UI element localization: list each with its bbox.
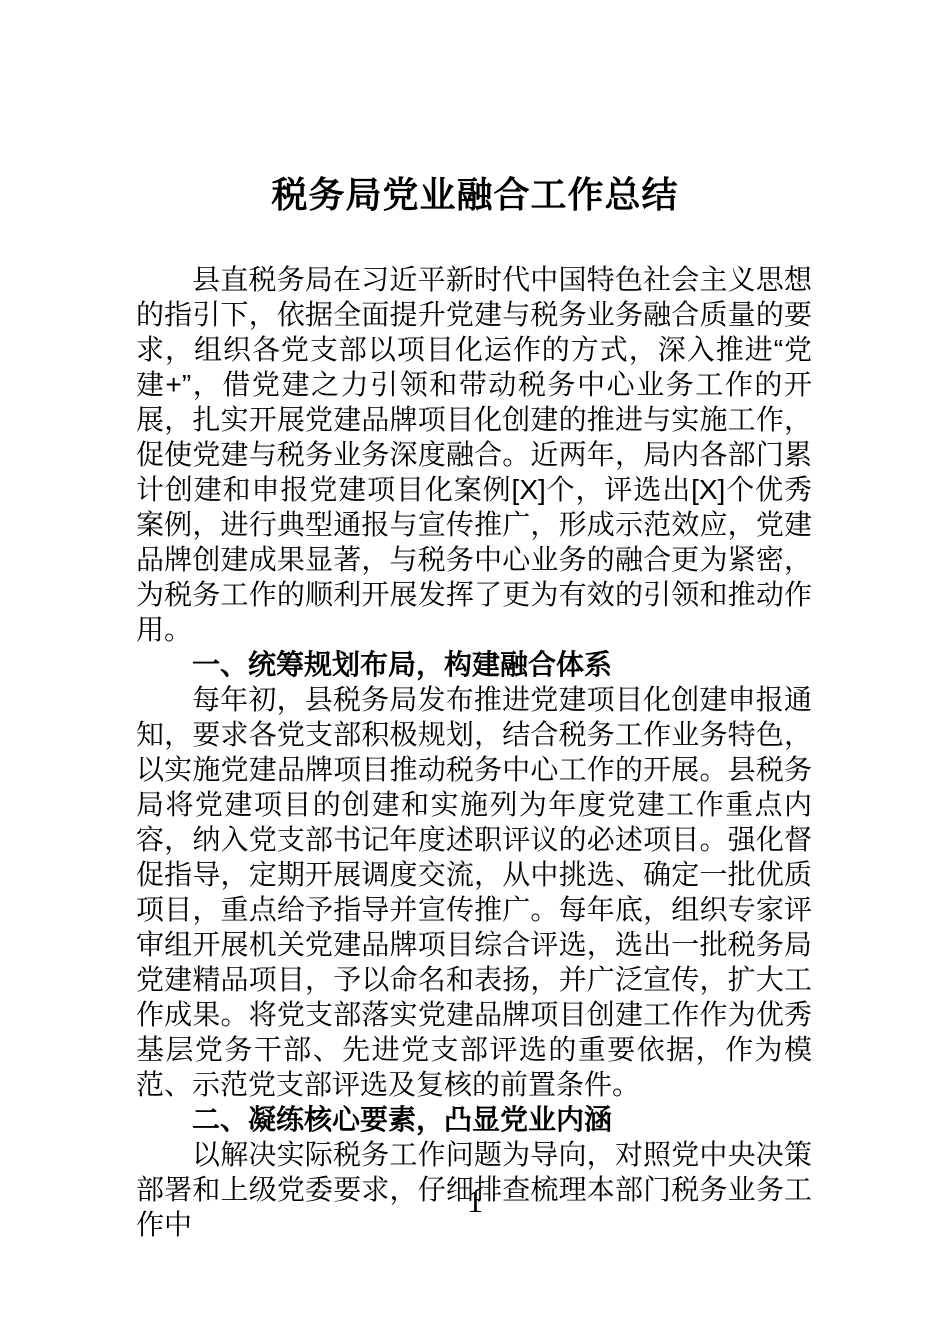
paragraph-intro: 县直税务局在习近平新时代中国特色社会主义思想的指引下，依据全面提升党建与税务业务… — [136, 262, 812, 647]
section-heading-2: 二、凝练核心要素，凸显党业内涵 — [136, 1102, 812, 1137]
document-body: 县直税务局在习近平新时代中国特色社会主义思想的指引下，依据全面提升党建与税务业务… — [136, 262, 812, 1242]
section-heading-1: 一、统筹规划布局，构建融合体系 — [136, 647, 812, 682]
document-title: 税务局党业融合工作总结 — [0, 173, 950, 217]
page-number: 1 — [0, 1184, 950, 1218]
document-page: 税务局党业融合工作总结 县直税务局在习近平新时代中国特色社会主义思想的指引下，依… — [0, 0, 950, 1344]
paragraph-section-1: 每年初，县税务局发布推进党建项目化创建申报通知，要求各党支部积极规划，结合税务工… — [136, 682, 812, 1102]
